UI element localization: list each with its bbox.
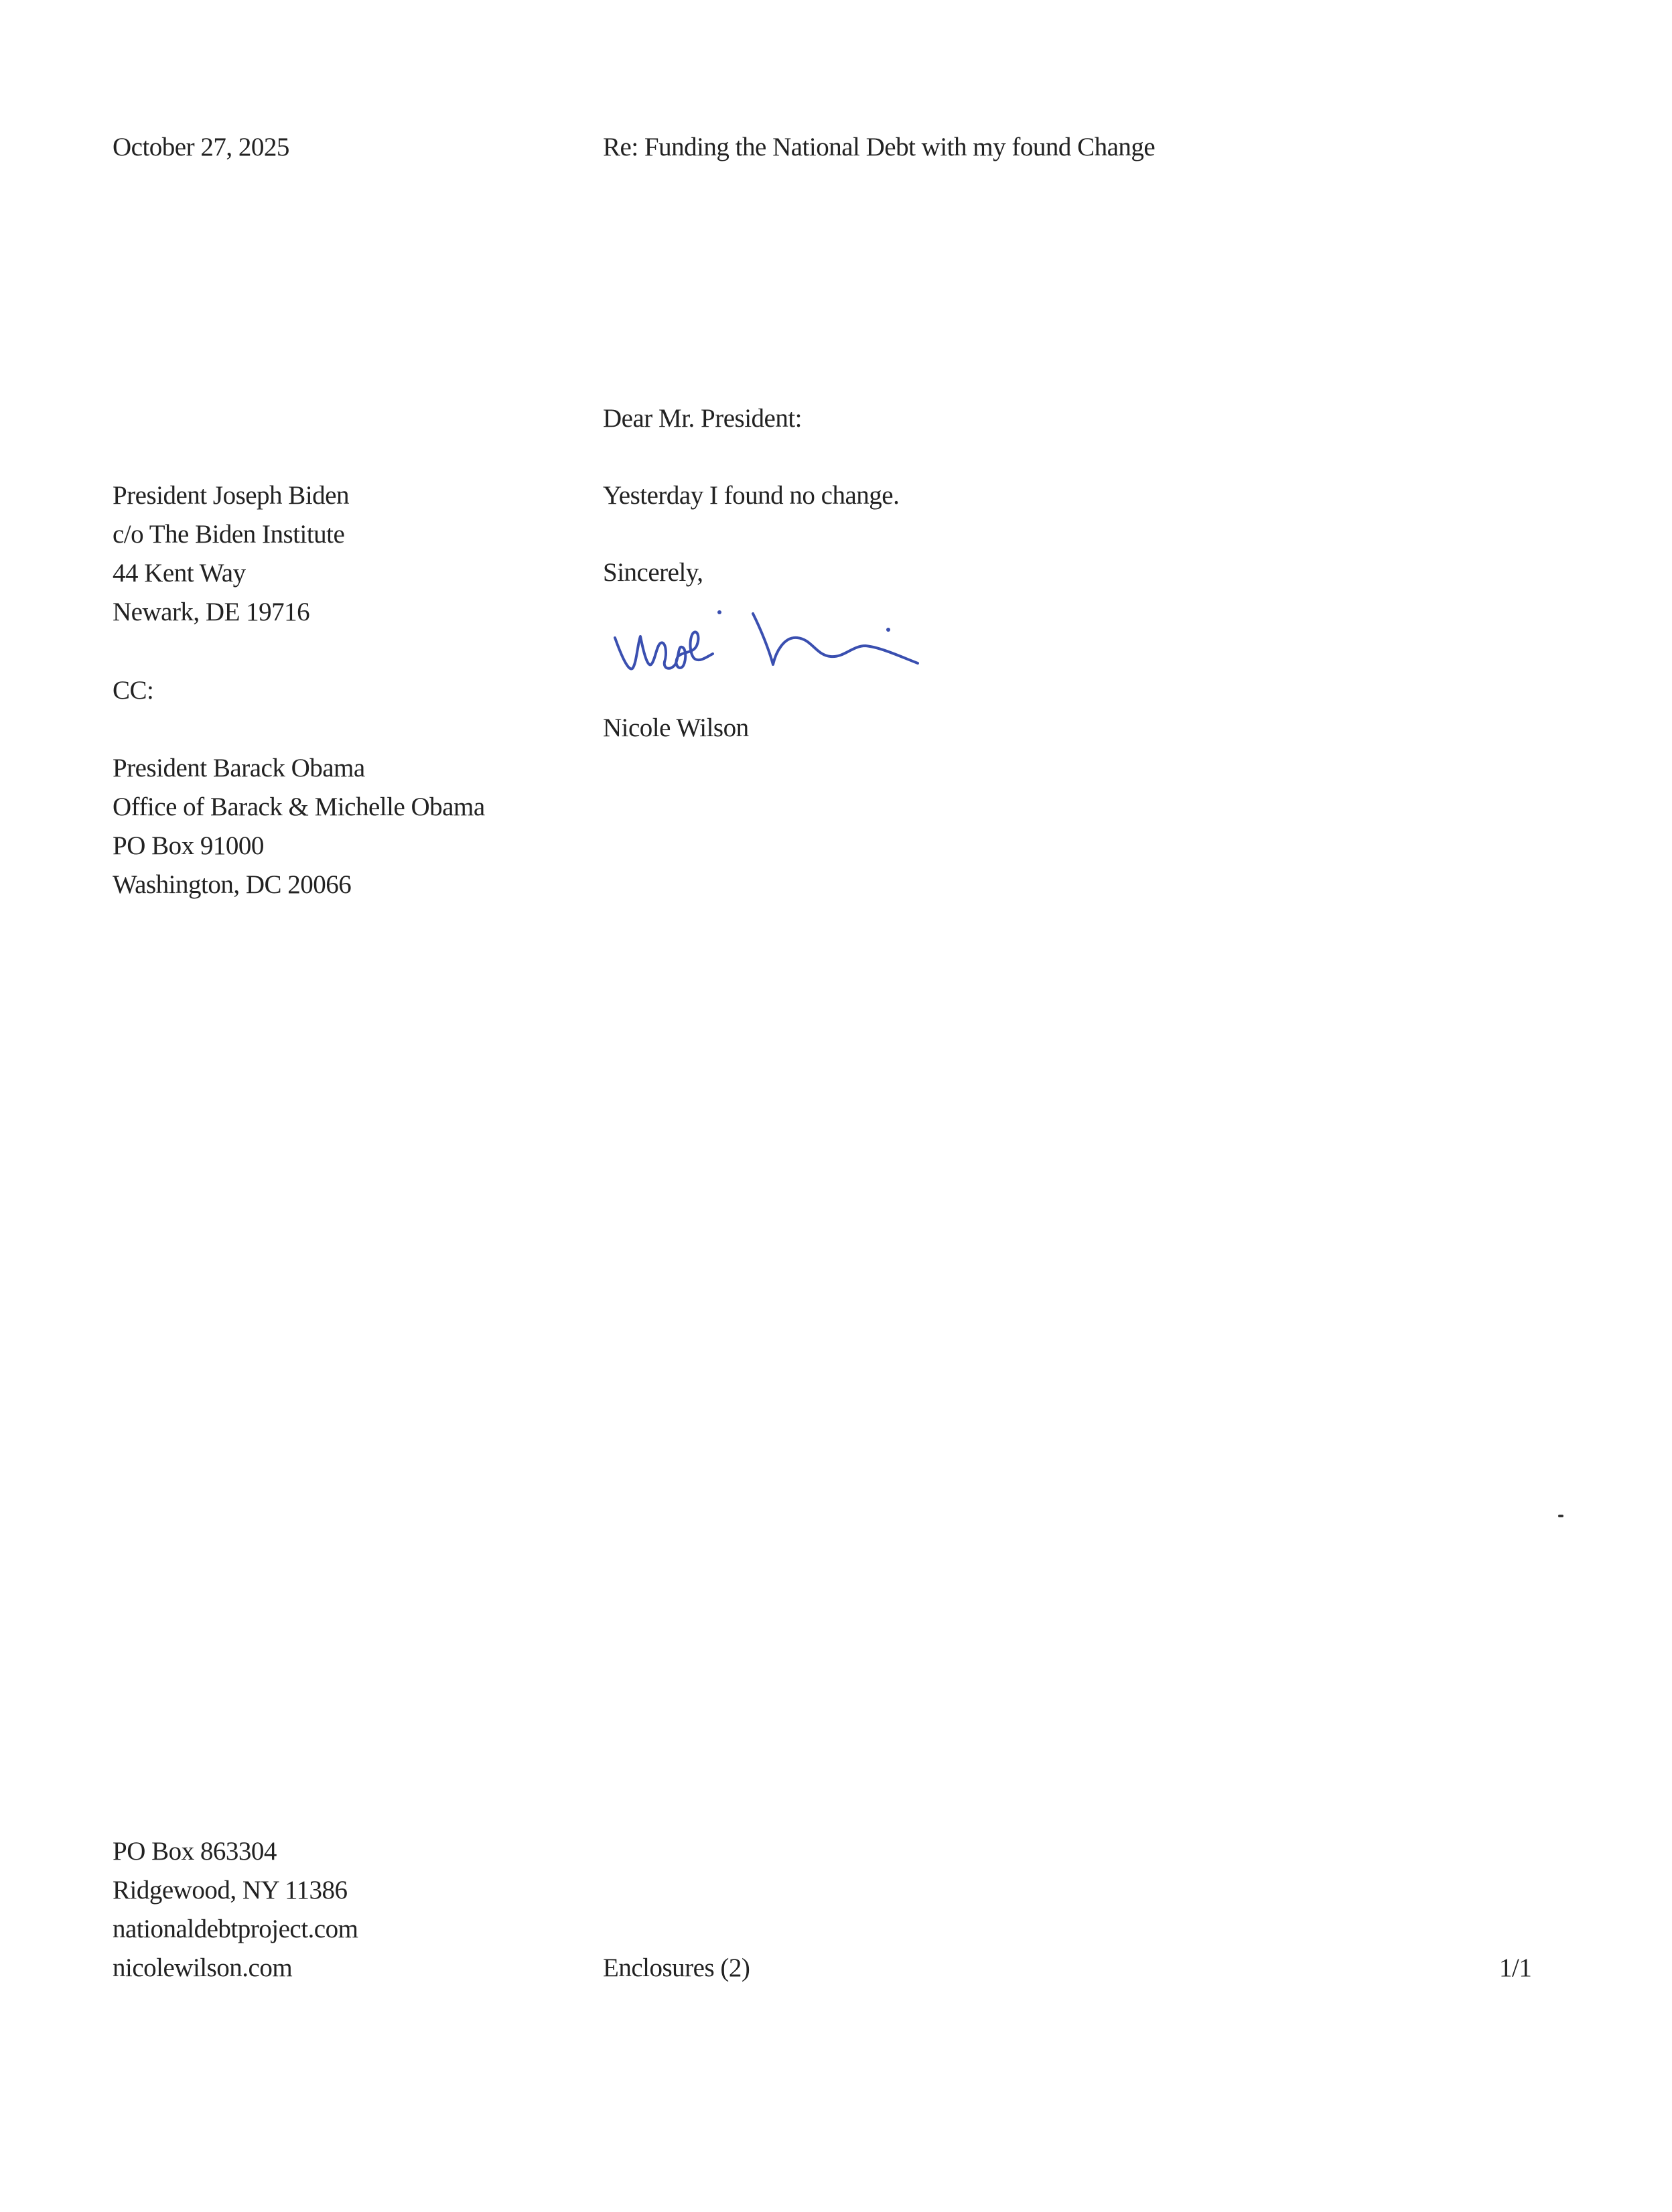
website-link: nationaldebtproject.com [113,1910,358,1949]
return-address-line: PO Box 863304 [113,1832,358,1871]
enclosures-note: Enclosures (2) [603,1949,750,1988]
salutation: Dear Mr. President: [603,399,802,438]
cc-label: CC: [113,671,153,710]
recipient-line: 44 Kent Way [113,554,349,593]
cc-address: President Barack Obama Office of Barack … [113,749,485,904]
recipient-line: c/o The Biden Institute [113,515,349,554]
scan-speck [1558,1515,1563,1517]
cc-line: PO Box 91000 [113,827,485,866]
website-link: nicolewilson.com [113,1949,358,1988]
letter-date: October 27, 2025 [113,128,289,167]
letter-body: Yesterday I found no change. [603,476,899,515]
sender-name: Nicole Wilson [603,709,749,748]
cc-line: Office of Barack & Michelle Obama [113,788,485,827]
return-address: PO Box 863304 Ridgewood, NY 11386 nation… [113,1832,358,1988]
page-number: 1/1 [1499,1949,1531,1988]
recipient-line: Newark, DE 19716 [113,593,349,632]
closing: Sincerely, [603,553,703,592]
cc-line: President Barack Obama [113,749,485,788]
recipient-address: President Joseph Biden c/o The Biden Ins… [113,476,349,632]
signature-image [603,590,951,690]
letter-page: October 27, 2025 Re: Funding the Nationa… [0,0,1672,2212]
return-address-line: Ridgewood, NY 11386 [113,1871,358,1910]
cc-line: Washington, DC 20066 [113,866,485,904]
letter-subject: Re: Funding the National Debt with my fo… [603,128,1155,167]
recipient-line: President Joseph Biden [113,476,349,515]
